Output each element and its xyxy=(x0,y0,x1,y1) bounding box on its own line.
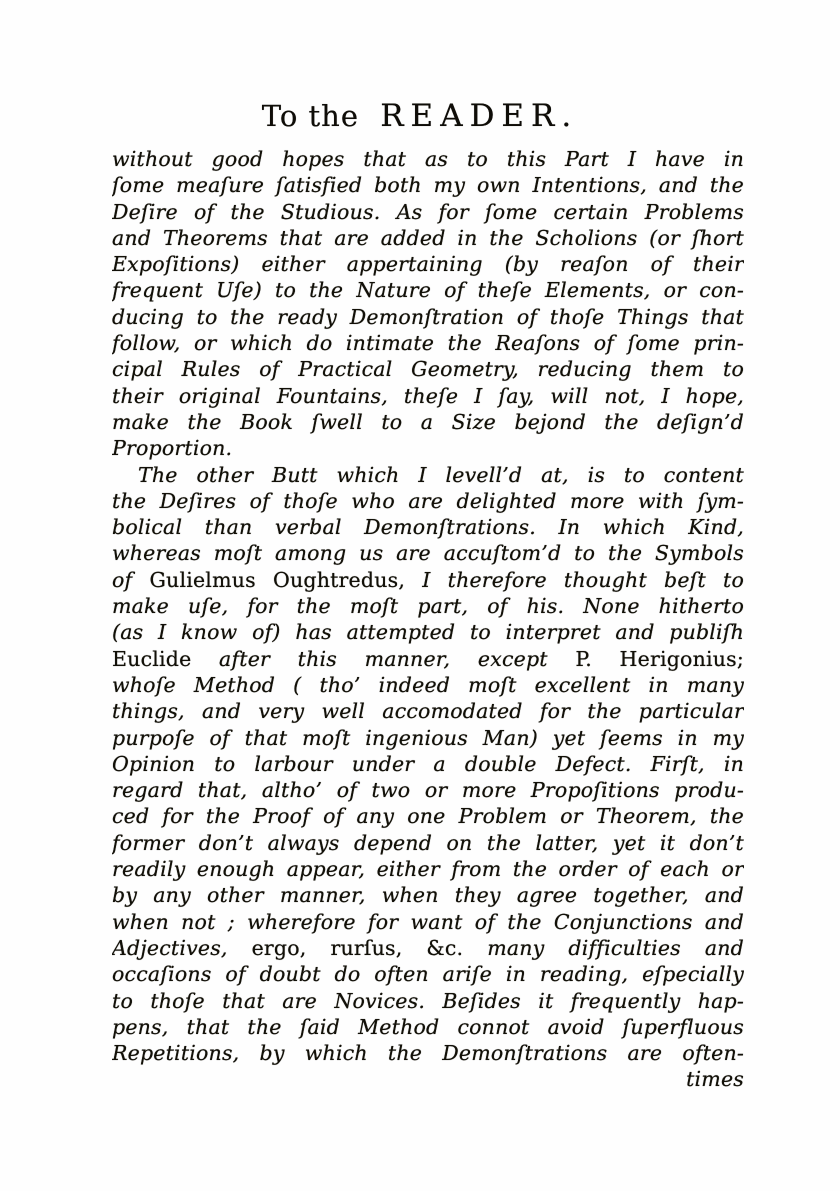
italic-text-segment: Deſire of the Studious. As for ſome cert… xyxy=(112,200,744,224)
text-line: follow, or which do intimate the Reaſons… xyxy=(112,330,744,356)
italic-text-segment: Opinion to larbour under a double Defect… xyxy=(112,752,744,776)
text-line: to thoſe that are Novices. Beſides it fr… xyxy=(112,988,744,1014)
italic-text-segment: Repetitions, by which the Demonſtrations… xyxy=(112,1041,744,1065)
text-line: Repetitions, by which the Demonſtrations… xyxy=(112,1040,744,1066)
italic-text-segment: (as I know of) has attempted to interpre… xyxy=(112,620,744,644)
text-line: whereas moſt among us are accuſtom’d to … xyxy=(112,540,744,566)
text-line: Adjectives, ergo, rurſus, &c. many diffi… xyxy=(112,935,744,961)
text-line: their original Fountains, theſe I ſay, w… xyxy=(112,383,744,409)
text-line: pens, that the ſaid Method connot avoid … xyxy=(112,1014,744,1040)
text-line: Opinion to larbour under a double Defect… xyxy=(112,751,744,777)
italic-text-segment: ducing to the ready Demonſtration of tho… xyxy=(112,305,744,329)
text-line: cipal Rules of Practical Geometry, reduc… xyxy=(112,356,744,382)
italic-text-segment: pens, that the ſaid Method connot avoid … xyxy=(112,1015,744,1039)
italic-text-segment: to thoſe that are Novices. Beſides it fr… xyxy=(112,989,744,1013)
text-line: times xyxy=(112,1066,744,1092)
text-line: things, and very well accomodated for th… xyxy=(112,698,744,724)
book-page: To the READER. without good hopes that a… xyxy=(0,0,840,1191)
italic-text-segment: I therefore thought beſt to xyxy=(422,568,744,592)
italic-text-segment: their original Fountains, theſe I ſay, w… xyxy=(112,384,744,408)
italic-text-segment: purpoſe of that moſt ingenious Man) yet … xyxy=(112,726,744,750)
italic-text-segment: whoſe Method ( tho’ indeed moſt excellen… xyxy=(112,673,744,697)
italic-text-segment: the Deſires of thoſe who are delighted m… xyxy=(112,489,744,513)
italic-text-segment: Proportion. xyxy=(112,436,232,460)
italic-text-segment: Expoſitions) either appertaining (by rea… xyxy=(112,252,744,276)
italic-text-segment: make uſe, for the moſt part, of his. Non… xyxy=(112,594,744,618)
italic-text-segment: without good hopes that as to this Part … xyxy=(112,147,744,171)
text-line: make the Book ſwell to a Size bejond the… xyxy=(112,409,744,435)
text-line: Expoſitions) either appertaining (by rea… xyxy=(112,251,744,277)
text-line: Proportion. xyxy=(112,435,744,461)
italic-text-segment: frequent Uſe) to the Nature of theſe Ele… xyxy=(112,278,744,302)
text-line: Euclide after this manner, except P. Her… xyxy=(112,646,744,672)
italic-text-segment: ced for the Proof of any one Problem or … xyxy=(112,804,744,828)
italic-text-segment: cipal Rules of Practical Geometry, reduc… xyxy=(112,357,744,381)
roman-text-segment: Gulielmus Oughtredus, xyxy=(149,568,422,592)
page-body: without good hopes that as to this Part … xyxy=(112,146,744,1093)
italic-text-segment: things, and very well accomodated for th… xyxy=(112,699,744,723)
text-line: former don’t always depend on the latter… xyxy=(112,830,744,856)
italic-text-segment: after this manner, except xyxy=(219,647,575,671)
italic-text-segment: follow, or which do intimate the Reaſons… xyxy=(112,331,744,355)
italic-text-segment: readily enough appear, either from the o… xyxy=(112,857,744,881)
text-line: The other Butt which I levell’d at, is t… xyxy=(112,462,744,488)
title-prefix: To the xyxy=(262,99,359,133)
roman-text-segment: ergo, rurſus, &c. xyxy=(252,936,488,960)
text-line: regard that, altho’ of two or more Propo… xyxy=(112,777,744,803)
roman-text-segment: Euclide xyxy=(112,647,219,671)
italic-text-segment: when not ; wherefore for want of the Con… xyxy=(112,910,744,934)
italic-text-segment: many difficulties and xyxy=(487,936,744,960)
italic-text-segment: times xyxy=(686,1067,744,1091)
italic-text-segment: bolical than verbal Demonſtrations. In w… xyxy=(112,515,744,539)
page-title: To the READER. xyxy=(0,98,840,134)
text-line: bolical than verbal Demonſtrations. In w… xyxy=(112,514,744,540)
roman-text-segment: P. Herigonius; xyxy=(575,647,744,671)
text-line: whoſe Method ( tho’ indeed moſt excellen… xyxy=(112,672,744,698)
text-line: Deſire of the Studious. As for ſome cert… xyxy=(112,199,744,225)
text-line: ducing to the ready Demonſtration of tho… xyxy=(112,304,744,330)
italic-text-segment: by any other manner, when they agree tog… xyxy=(112,883,744,907)
text-line: and Theorems that are added in the Schol… xyxy=(112,225,744,251)
title-word: READER. xyxy=(380,98,578,134)
italic-text-segment: of xyxy=(112,568,149,592)
italic-text-segment: ſome meaſure ſatisfied both my own Inten… xyxy=(112,173,744,197)
text-line: ced for the Proof of any one Problem or … xyxy=(112,803,744,829)
italic-text-segment: regard that, altho’ of two or more Propo… xyxy=(112,778,744,802)
italic-text-segment: whereas moſt among us are accuſtom’d to … xyxy=(112,541,744,565)
text-line: (as I know of) has attempted to interpre… xyxy=(112,619,744,645)
text-line: ſome meaſure ſatisfied both my own Inten… xyxy=(112,172,744,198)
text-line: without good hopes that as to this Part … xyxy=(112,146,744,172)
text-line: when not ; wherefore for want of the Con… xyxy=(112,909,744,935)
italic-text-segment: The other Butt which I levell’d at, is t… xyxy=(138,463,744,487)
text-line: frequent Uſe) to the Nature of theſe Ele… xyxy=(112,277,744,303)
text-line: the Deſires of thoſe who are delighted m… xyxy=(112,488,744,514)
text-line: by any other manner, when they agree tog… xyxy=(112,882,744,908)
text-line: purpoſe of that moſt ingenious Man) yet … xyxy=(112,725,744,751)
italic-text-segment: former don’t always depend on the latter… xyxy=(112,831,744,855)
text-line: of Gulielmus Oughtredus, I therefore tho… xyxy=(112,567,744,593)
text-line: make uſe, for the moſt part, of his. Non… xyxy=(112,593,744,619)
italic-text-segment: occaſions of doubt do often ariſe in rea… xyxy=(112,962,744,986)
text-line: occaſions of doubt do often ariſe in rea… xyxy=(112,961,744,987)
text-line: readily enough appear, either from the o… xyxy=(112,856,744,882)
italic-text-segment: and Theorems that are added in the Schol… xyxy=(112,226,744,250)
italic-text-segment: make the Book ſwell to a Size bejond the… xyxy=(112,410,744,434)
italic-text-segment: Adjectives, xyxy=(112,936,252,960)
